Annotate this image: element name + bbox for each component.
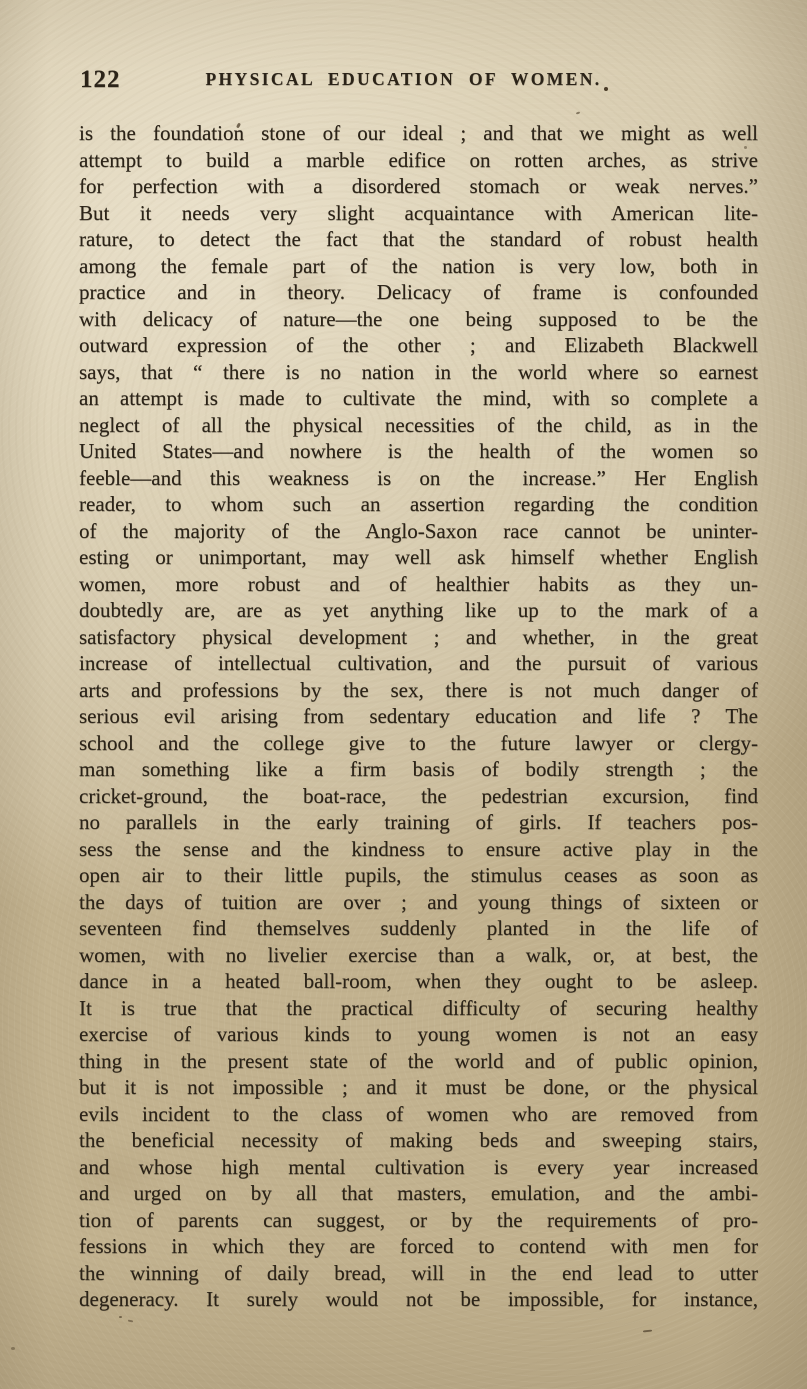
text-line: for perfection with a disordered stomach…	[79, 173, 758, 200]
text-line: doubtedly are, are as yet anything like …	[79, 597, 758, 624]
text-line: of the majority of the Anglo-Saxon race …	[79, 518, 758, 545]
ink-speck	[744, 146, 747, 149]
text-line: thing in the present state of the world …	[79, 1048, 758, 1075]
text-line: reader, to whom such an assertion regard…	[79, 491, 758, 518]
text-line: says, that “ there is no nation in the w…	[79, 359, 758, 386]
ink-speck	[576, 111, 580, 114]
text-line: esting or unimportant, may well ask hims…	[79, 544, 758, 571]
text-line: the days of tuition are over ; and young…	[79, 889, 758, 916]
text-line: attempt to build a marble edifice on rot…	[79, 147, 758, 174]
text-line: and urged on by all that masters, emulat…	[79, 1180, 758, 1207]
ink-speck	[11, 1347, 15, 1350]
text-line: United States—and nowhere is the health …	[79, 438, 758, 465]
text-line: outward expression of the other ; and El…	[79, 332, 758, 359]
text-line: with delicacy of nature—the one being su…	[79, 306, 758, 333]
text-line: neglect of all the physical necessities …	[79, 412, 758, 439]
text-line: dance in a heated ball-room, when they o…	[79, 968, 758, 995]
text-line: practice and in theory. Delicacy of fram…	[79, 279, 758, 306]
text-line: tion of parents can suggest, or by the r…	[79, 1207, 758, 1234]
text-line: satisfactory physical development ; and …	[79, 624, 758, 651]
text-line: sess the sense and the kindness to ensur…	[79, 836, 758, 863]
text-line: serious evil arising from sedentary educ…	[79, 703, 758, 730]
text-line: and whose high mental cultivation is eve…	[79, 1154, 758, 1181]
ink-speck	[643, 1330, 652, 1333]
text-line: But it needs very slight acquaintance wi…	[79, 200, 758, 227]
text-line: feeble—and this weakness is on the incre…	[79, 465, 758, 492]
text-line: fessions in which they are forced to con…	[79, 1233, 758, 1260]
text-line: open air to their little pupils, the sti…	[79, 862, 758, 889]
text-block: is the foundation stone of our ideal ; a…	[79, 120, 758, 1313]
text-line: arts and professions by the sex, there i…	[79, 677, 758, 704]
text-line: the beneficial necessity of making beds …	[79, 1127, 758, 1154]
text-line: exercise of various kinds to young women…	[79, 1021, 758, 1048]
text-line: an attempt is made to cultivate the mind…	[79, 385, 758, 412]
ink-speck	[119, 1316, 122, 1318]
text-line: It is true that the practical difficulty…	[79, 995, 758, 1022]
text-line: is the foundation stone of our ideal ; a…	[79, 120, 758, 147]
text-line: no parallels in the early training of gi…	[79, 809, 758, 836]
text-line: increase of intellectual cultivation, an…	[79, 650, 758, 677]
scanned-book-page: 122 PHYSICAL EDUCATION OF WOMEN. is the …	[0, 0, 807, 1389]
text-line: among the female part of the nation is v…	[79, 253, 758, 280]
text-line: school and the college give to the futur…	[79, 730, 758, 757]
text-line: seventeen find themselves suddenly plant…	[79, 915, 758, 942]
text-line: rature, to detect the fact that the stan…	[79, 226, 758, 253]
text-line: man something like a firm basis of bodil…	[79, 756, 758, 783]
ink-speck	[128, 1320, 133, 1323]
text-line: but it is not impossible ; and it must b…	[79, 1074, 758, 1101]
text-line: evils incident to the class of women who…	[79, 1101, 758, 1128]
text-line: cricket-ground, the boat-race, the pedes…	[79, 783, 758, 810]
text-line: women, more robust and of healthier habi…	[79, 571, 758, 598]
text-line: degeneracy. It surely would not be impos…	[79, 1286, 758, 1313]
running-title: PHYSICAL EDUCATION OF WOMEN.	[0, 69, 807, 90]
text-line: the winning of daily bread, will in the …	[79, 1260, 758, 1287]
ink-speck	[604, 87, 608, 91]
text-line: women, with no livelier exercise than a …	[79, 942, 758, 969]
page-header: 122 PHYSICAL EDUCATION OF WOMEN.	[0, 66, 807, 98]
